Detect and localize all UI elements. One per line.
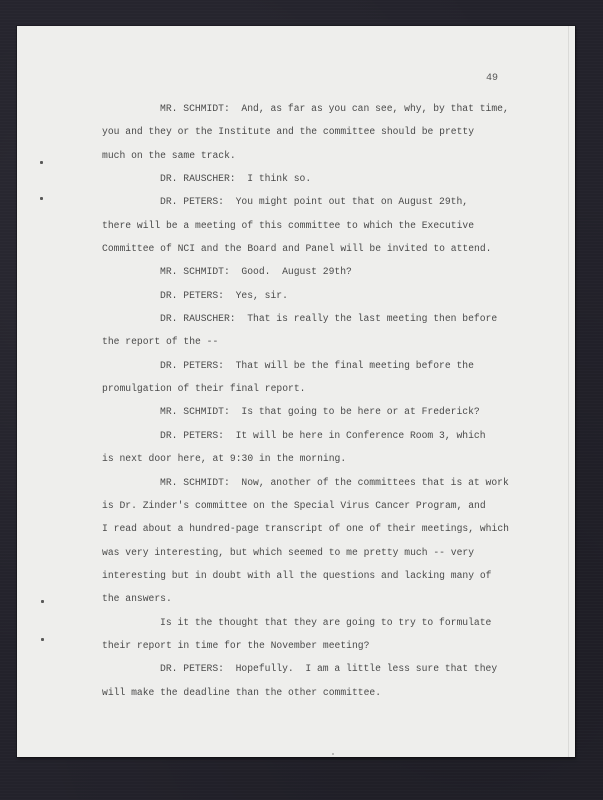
margin-dot [40, 197, 43, 200]
transcript-line: DR. RAUSCHER: I think so. [102, 167, 542, 190]
transcript-line: there will be a meeting of this committe… [102, 214, 542, 237]
transcript-line: will make the deadline than the other co… [102, 681, 542, 704]
page-number: 49 [486, 73, 498, 84]
transcript-line: MR. SCHMIDT: Now, another of the committ… [102, 471, 542, 494]
margin-dot [41, 638, 44, 641]
transcript-line: DR. PETERS: It will be here in Conferenc… [102, 424, 542, 447]
transcript-line: the report of the -- [102, 330, 542, 353]
transcript-line: DR. PETERS: Hopefully. I am a little les… [102, 657, 542, 680]
transcript-line: I read about a hundred-page transcript o… [102, 517, 542, 540]
transcript-line: Is it the thought that they are going to… [102, 611, 542, 634]
transcript-line: Committee of NCI and the Board and Panel… [102, 237, 542, 260]
margin-dot [40, 161, 43, 164]
transcript-line: interesting but in doubt with all the qu… [102, 564, 542, 587]
transcript-line: DR. PETERS: You might point out that on … [102, 190, 542, 213]
page-edge-line [568, 26, 569, 757]
transcript-line: you and they or the Institute and the co… [102, 120, 542, 143]
document-page: 49 MR. SCHMIDT: And, as far as you can s… [17, 26, 575, 757]
transcript-line: DR. PETERS: Yes, sir. [102, 284, 542, 307]
transcript-line: the answers. [102, 587, 542, 610]
transcript-body: MR. SCHMIDT: And, as far as you can see,… [102, 97, 542, 704]
transcript-line: their report in time for the November me… [102, 634, 542, 657]
page-speck [332, 753, 334, 755]
transcript-line: MR. SCHMIDT: And, as far as you can see,… [102, 97, 542, 120]
transcript-line: much on the same track. [102, 144, 542, 167]
transcript-line: DR. RAUSCHER: That is really the last me… [102, 307, 542, 330]
transcript-line: MR. SCHMIDT: Good. August 29th? [102, 260, 542, 283]
transcript-line: MR. SCHMIDT: Is that going to be here or… [102, 400, 542, 423]
transcript-line: DR. PETERS: That will be the final meeti… [102, 354, 542, 377]
transcript-line: was very interesting, but which seemed t… [102, 541, 542, 564]
transcript-line: promulgation of their final report. [102, 377, 542, 400]
transcript-line: is next door here, at 9:30 in the mornin… [102, 447, 542, 470]
transcript-line: is Dr. Zinder's committee on the Special… [102, 494, 542, 517]
margin-dot [41, 600, 44, 603]
